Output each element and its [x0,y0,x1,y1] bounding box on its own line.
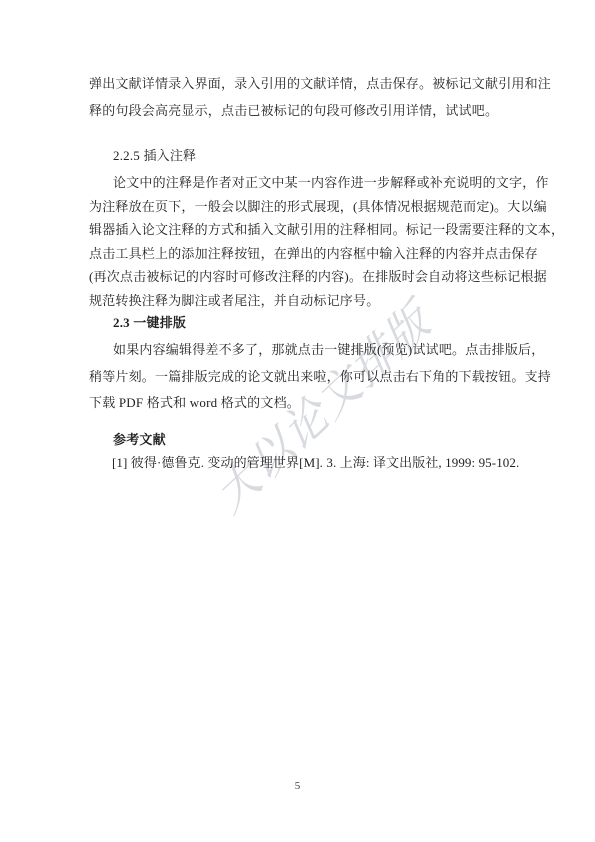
page-number: 5 [0,780,595,792]
paragraph-insert-note: 论文中的注释是作者对正文中某一内容作进一步解释或补充说明的文字，作 为注释放在页… [89,171,515,312]
body-text-line: 如果内容编辑得差不多了，那就点击一键排版(预览)试试吧。点击排版后， [89,337,515,364]
paragraph-one-key-layout: 如果内容编辑得差不多了，那就点击一键排版(预览)试试吧。点击排版后， 稍等片刻。… [89,337,515,417]
body-text-line: 稍等片刻。一篇排版完成的论文就出来啦，你可以点击右下角的下载按钮。支持 [89,364,515,391]
body-text-line: 辑器插入论文注释的方式和插入文献引用的注释相同。标记一段需要注释的文本， [89,218,515,242]
paragraph-citation-continuation: 弹出文献详情录入界面，录入引用的文献详情，点击保存。被标记文献引用和注 释的句段… [89,70,515,124]
body-text-line: 点击工具栏上的添加注释按钮，在弹出的内容框中输入注释的内容并点击保存 [89,242,515,266]
heading-2-2-5-insert-note: 2.2.5 插入注释 [113,145,196,164]
body-text-line: 下载 PDF 格式和 word 格式的文档。 [89,390,515,417]
reference-item-1: [1] 彼得·德鲁克. 变动的管理世界[M]. 3. 上海: 译文出版社, 19… [112,452,519,471]
body-text-line: 弹出文献详情录入界面，录入引用的文献详情，点击保存。被标记文献引用和注 [89,70,515,97]
body-text-line: (再次点击被标记的内容时可修改注释的内容)。在排版时会自动将这些标记根据 [89,265,515,289]
heading-2-3-one-key-layout: 2.3 一键排版 [113,312,186,331]
heading-references: 参考文献 [113,429,166,448]
body-text-line: 规范转换注释为脚注或者尾注，并自动标记序号。 [89,289,515,313]
document-page: 大以论文排版 弹出文献详情录入界面，录入引用的文献详情，点击保存。被标记文献引用… [0,0,595,842]
body-text-line: 释的句段会高亮显示，点击已被标记的句段可修改引用详情，试试吧。 [89,97,515,124]
body-text-line: 为注释放在页下，一般会以脚注的形式展现，(具体情况根据规范而定)。大以编 [89,195,515,219]
body-text-line: 论文中的注释是作者对正文中某一内容作进一步解释或补充说明的文字，作 [89,171,515,195]
